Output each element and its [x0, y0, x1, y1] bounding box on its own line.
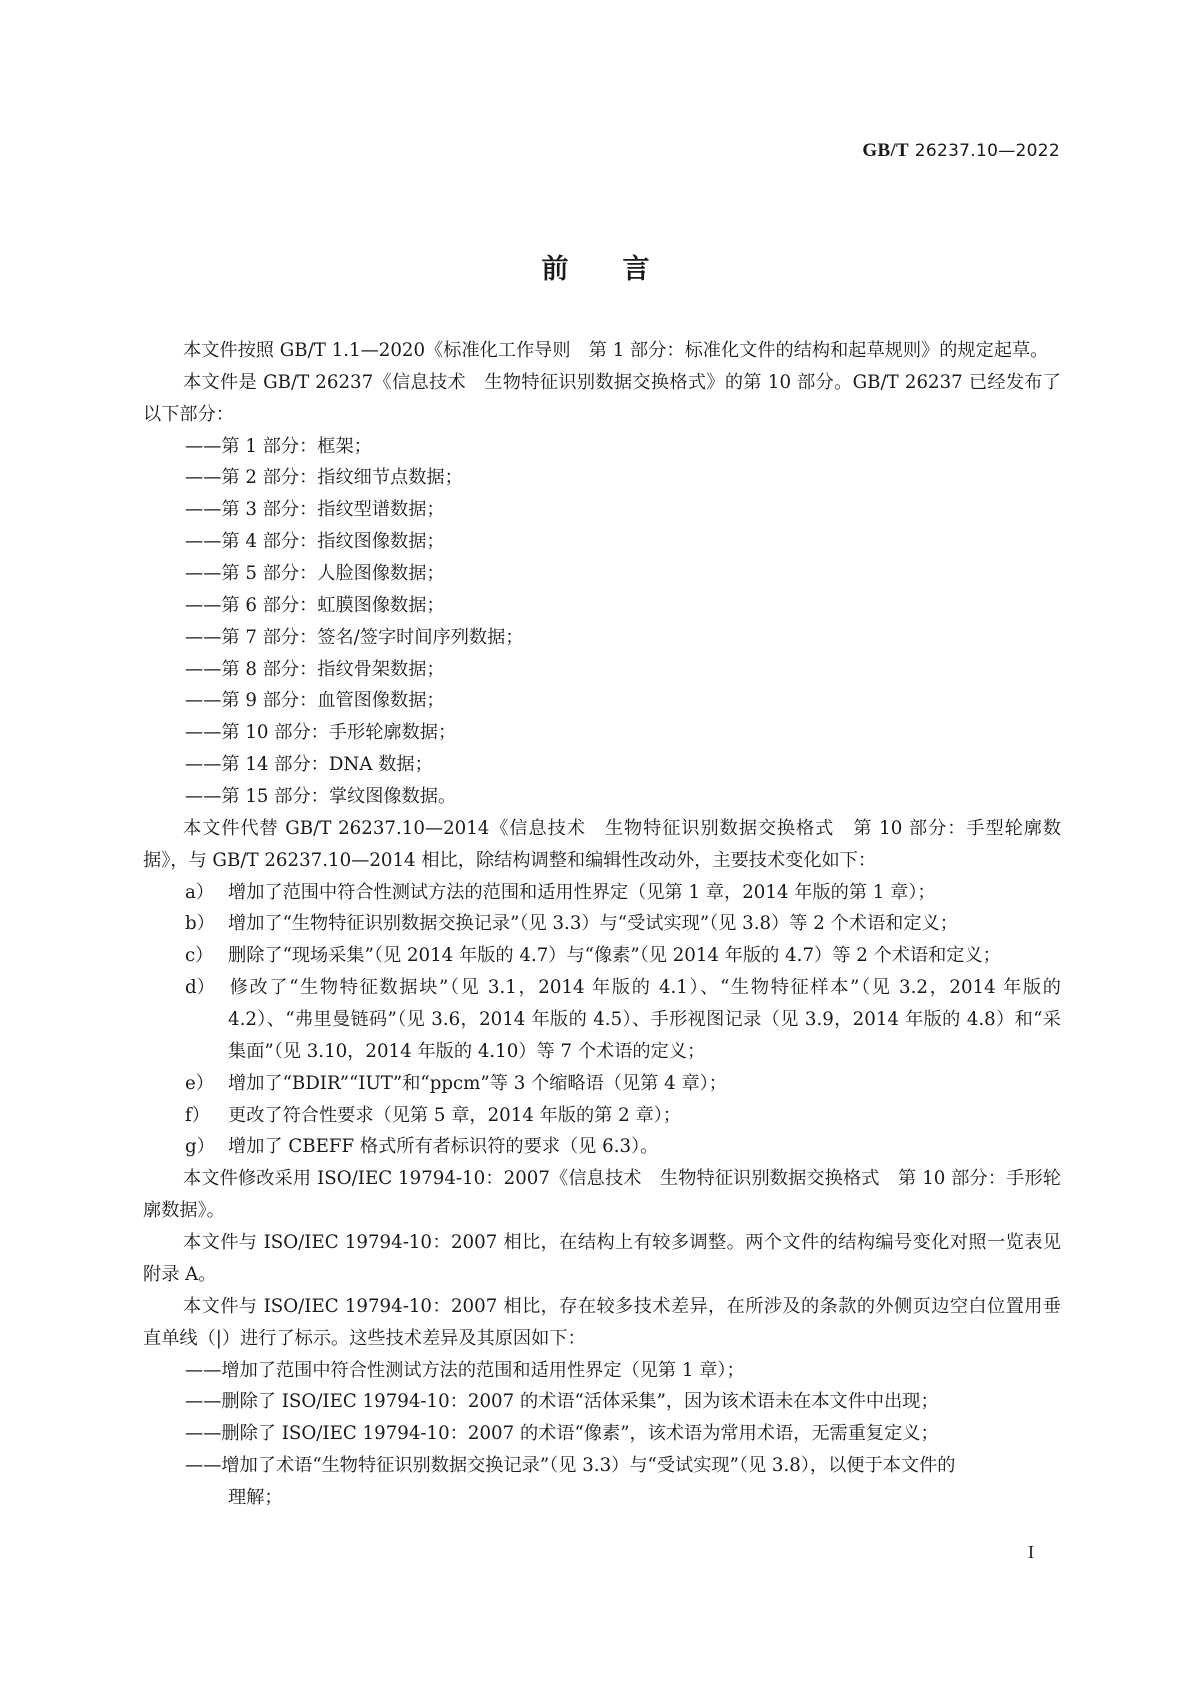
title-char-2: 言: [623, 247, 650, 286]
list-item-part: ——第 9 部分：血管图像数据；: [143, 685, 1061, 717]
item-text: 增加了范围中符合性测试方法的范围和适用性界定（见第 1 章，2014 年版的第 …: [228, 882, 936, 903]
item-text: 修改了“生物特征数据块”（见 3.1，2014 年版的 4.1）、“生物特征样本…: [228, 977, 1061, 1062]
item-label: e）: [185, 1068, 228, 1100]
page-title: 前言: [0, 247, 1191, 286]
item-label: a）: [185, 877, 228, 909]
difference-text: ——增加了范围中符合性测试方法的范围和适用性界定（见第 1 章）；: [185, 1360, 745, 1381]
list-item-part: ——第 15 部分：掌纹图像数据。: [143, 781, 1061, 813]
paragraph-structure-comparison: 本文件与 ISO/IEC 19794-10：2007 相比，在结构上有较多调整。…: [143, 1227, 1061, 1291]
list-item-difference: ——删除了 ISO/IEC 19794-10：2007 的术语“像素”，该术语为…: [143, 1418, 1061, 1450]
list-item-part: ——第 4 部分：指纹图像数据；: [143, 526, 1061, 558]
item-label: b）: [185, 908, 228, 940]
list-item-part: ——第 8 部分：指纹骨架数据；: [143, 654, 1061, 686]
difference-text: ——删除了 ISO/IEC 19794-10：2007 的术语“活体采集”，因为…: [185, 1391, 939, 1412]
paragraph-drafting-rules: 本文件按照 GB/T 1.1—2020《标准化工作导则 第 1 部分：标准化文件…: [143, 335, 1061, 367]
item-text: 增加了“BDIR”“IUT”和“ppcm”等 3 个缩略语（见第 4 章）；: [228, 1073, 727, 1094]
item-text: 增加了 CBEFF 格式所有者标识符的要求（见 6.3）。: [228, 1136, 658, 1157]
list-item-change: d）修改了“生物特征数据块”（见 3.1，2014 年版的 4.1）、“生物特征…: [143, 972, 1061, 1068]
list-item-difference: ——增加了范围中符合性测试方法的范围和适用性界定（见第 1 章）；: [143, 1355, 1061, 1387]
paragraph-replacement: 本文件代替 GB/T 26237.10—2014《信息技术 生物特征识别数据交换…: [143, 813, 1061, 877]
document-body: 本文件按照 GB/T 1.1—2020《标准化工作导则 第 1 部分：标准化文件…: [143, 335, 1061, 1514]
item-label: c）: [185, 940, 228, 972]
standard-code-header: GB/T 26237.10—2022: [862, 140, 1060, 162]
item-label: f）: [185, 1100, 228, 1132]
standard-number: 26237.10—2022: [915, 141, 1060, 161]
paragraph-technical-differences: 本文件与 ISO/IEC 19794-10：2007 相比，存在较多技术差异，在…: [143, 1291, 1061, 1355]
list-item-difference: ——增加了术语“生物特征识别数据交换记录”（见 3.3）与“受试实现”（见 3.…: [143, 1450, 1061, 1514]
list-item-change: g）增加了 CBEFF 格式所有者标识符的要求（见 6.3）。: [143, 1131, 1061, 1163]
item-text: 增加了“生物特征识别数据交换记录”（见 3.3）与“受试实现”（见 3.8）等 …: [228, 913, 958, 934]
difference-text: ——增加了术语“生物特征识别数据交换记录”（见 3.3）与“受试实现”（见 3.…: [185, 1455, 955, 1476]
list-item-part: ——第 10 部分：手形轮廓数据；: [143, 717, 1061, 749]
item-label: d）: [185, 972, 228, 1004]
list-item-part: ——第 6 部分：虹膜图像数据；: [143, 590, 1061, 622]
list-item-part: ——第 7 部分：签名/签字时间序列数据；: [143, 622, 1061, 654]
item-label: g）: [185, 1131, 228, 1163]
published-parts-list: ——第 1 部分：框架； ——第 2 部分：指纹细节点数据； ——第 3 部分：…: [143, 431, 1061, 813]
list-item-part: ——第 3 部分：指纹型谱数据；: [143, 494, 1061, 526]
list-item-change: a）增加了范围中符合性测试方法的范围和适用性界定（见第 1 章，2014 年版的…: [143, 877, 1061, 909]
list-item-part: ——第 5 部分：人脸图像数据；: [143, 558, 1061, 590]
list-item-change: e）增加了“BDIR”“IUT”和“ppcm”等 3 个缩略语（见第 4 章）；: [143, 1068, 1061, 1100]
list-item-change: f）更改了符合性要求（见第 5 章，2014 年版的第 2 章）；: [143, 1100, 1061, 1132]
list-item-change: b）增加了“生物特征识别数据交换记录”（见 3.3）与“受试实现”（见 3.8）…: [143, 908, 1061, 940]
paragraph-series-intro: 本文件是 GB/T 26237《信息技术 生物特征识别数据交换格式》的第 10 …: [143, 367, 1061, 431]
standard-prefix: GB/T: [862, 140, 909, 161]
title-char-1: 前: [542, 247, 569, 286]
page-number: I: [1028, 1542, 1034, 1563]
item-text: 更改了符合性要求（见第 5 章，2014 年版的第 2 章）；: [228, 1105, 681, 1126]
difference-text-continuation: 理解；: [185, 1482, 1061, 1514]
list-item-change: c）删除了“现场采集”（见 2014 年版的 4.7）与“像素”（见 2014 …: [143, 940, 1061, 972]
list-item-part: ——第 2 部分：指纹细节点数据；: [143, 462, 1061, 494]
technical-differences-list: ——增加了范围中符合性测试方法的范围和适用性界定（见第 1 章）； ——删除了 …: [143, 1355, 1061, 1514]
paragraph-adoption: 本文件修改采用 ISO/IEC 19794-10：2007《信息技术 生物特征识…: [143, 1163, 1061, 1227]
list-item-part: ——第 1 部分：框架；: [143, 431, 1061, 463]
item-text: 删除了“现场采集”（见 2014 年版的 4.7）与“像素”（见 2014 年版…: [228, 945, 1001, 966]
list-item-part: ——第 14 部分：DNA 数据；: [143, 749, 1061, 781]
list-item-difference: ——删除了 ISO/IEC 19794-10：2007 的术语“活体采集”，因为…: [143, 1386, 1061, 1418]
technical-changes-list: a）增加了范围中符合性测试方法的范围和适用性界定（见第 1 章，2014 年版的…: [143, 877, 1061, 1164]
difference-text: ——删除了 ISO/IEC 19794-10：2007 的术语“像素”，该术语为…: [185, 1423, 939, 1444]
